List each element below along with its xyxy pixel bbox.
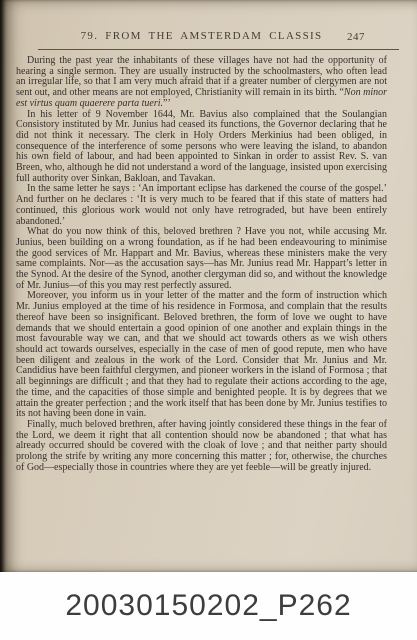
body-text: During the past year the inhabitants of … — [16, 56, 387, 473]
text-segment: In the same letter he says : ‘An importa… — [16, 183, 387, 226]
paragraph: Finally, much beloved brethren, after ha… — [16, 420, 387, 474]
paragraph: Moreover, you inform us in your letter o… — [16, 291, 387, 419]
page-number: 247 — [347, 31, 365, 43]
text-segment: During the past year the inhabitants of … — [16, 55, 387, 98]
page-content: 79. FROM THE AMSTERDAM CLASSIS 247 Durin… — [0, 0, 417, 473]
header-rule — [38, 49, 399, 50]
text-segment: In his letter of 9 November 1644, Mr. Ba… — [16, 109, 387, 184]
paragraph: In the same letter he says : ‘An importa… — [16, 184, 387, 227]
text-segment: Finally, much beloved brethren, after ha… — [16, 419, 387, 473]
section-title: 79. FROM THE AMSTERDAM CLASSIS — [16, 30, 387, 42]
paragraph: During the past year the inhabitants of … — [16, 56, 387, 110]
page-header: 79. FROM THE AMSTERDAM CLASSIS 247 — [16, 30, 387, 46]
archive-strip: 20030150202_P262 — [0, 572, 417, 640]
text-segment: Moreover, you inform us in your letter o… — [16, 290, 387, 419]
text-segment: ”’ — [163, 98, 171, 109]
scanned-book-page: 79. FROM THE AMSTERDAM CLASSIS 247 Durin… — [0, 0, 417, 572]
text-segment: What do you now think of this, beloved b… — [16, 226, 387, 291]
paragraph: In his letter of 9 November 1644, Mr. Ba… — [16, 110, 387, 185]
archive-label: 20030150202_P262 — [65, 589, 351, 623]
paragraph: What do you now think of this, beloved b… — [16, 227, 387, 291]
